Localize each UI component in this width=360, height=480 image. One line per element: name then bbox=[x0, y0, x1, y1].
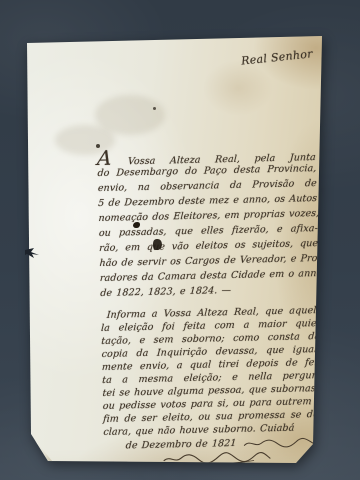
salutation-real-senhor: Real Senhor bbox=[241, 45, 332, 67]
letter-body: A Vossa Alteza Real, pela Junta do Desem… bbox=[97, 146, 323, 467]
rubric-flourish bbox=[242, 434, 323, 450]
folded-corner bbox=[31, 428, 53, 462]
signature-flourish bbox=[162, 450, 272, 465]
signature bbox=[162, 449, 323, 466]
paper-tear bbox=[25, 245, 41, 264]
paragraph-2: Informa a Vossa Alteza Real, que aquel- … bbox=[101, 304, 323, 439]
manuscript-paper: Real Senhor A Vossa Alteza Real, pela Ju… bbox=[0, 0, 360, 480]
ink-speck bbox=[153, 107, 156, 110]
date-text: de Dezembro de 1821 bbox=[125, 438, 236, 452]
paper-shadow: Real Senhor A Vossa Alteza Real, pela Ju… bbox=[0, 0, 360, 480]
paragraph-1: A Vossa Alteza Real, pela Junta do Desem… bbox=[97, 146, 319, 301]
ink-speck bbox=[96, 144, 100, 148]
